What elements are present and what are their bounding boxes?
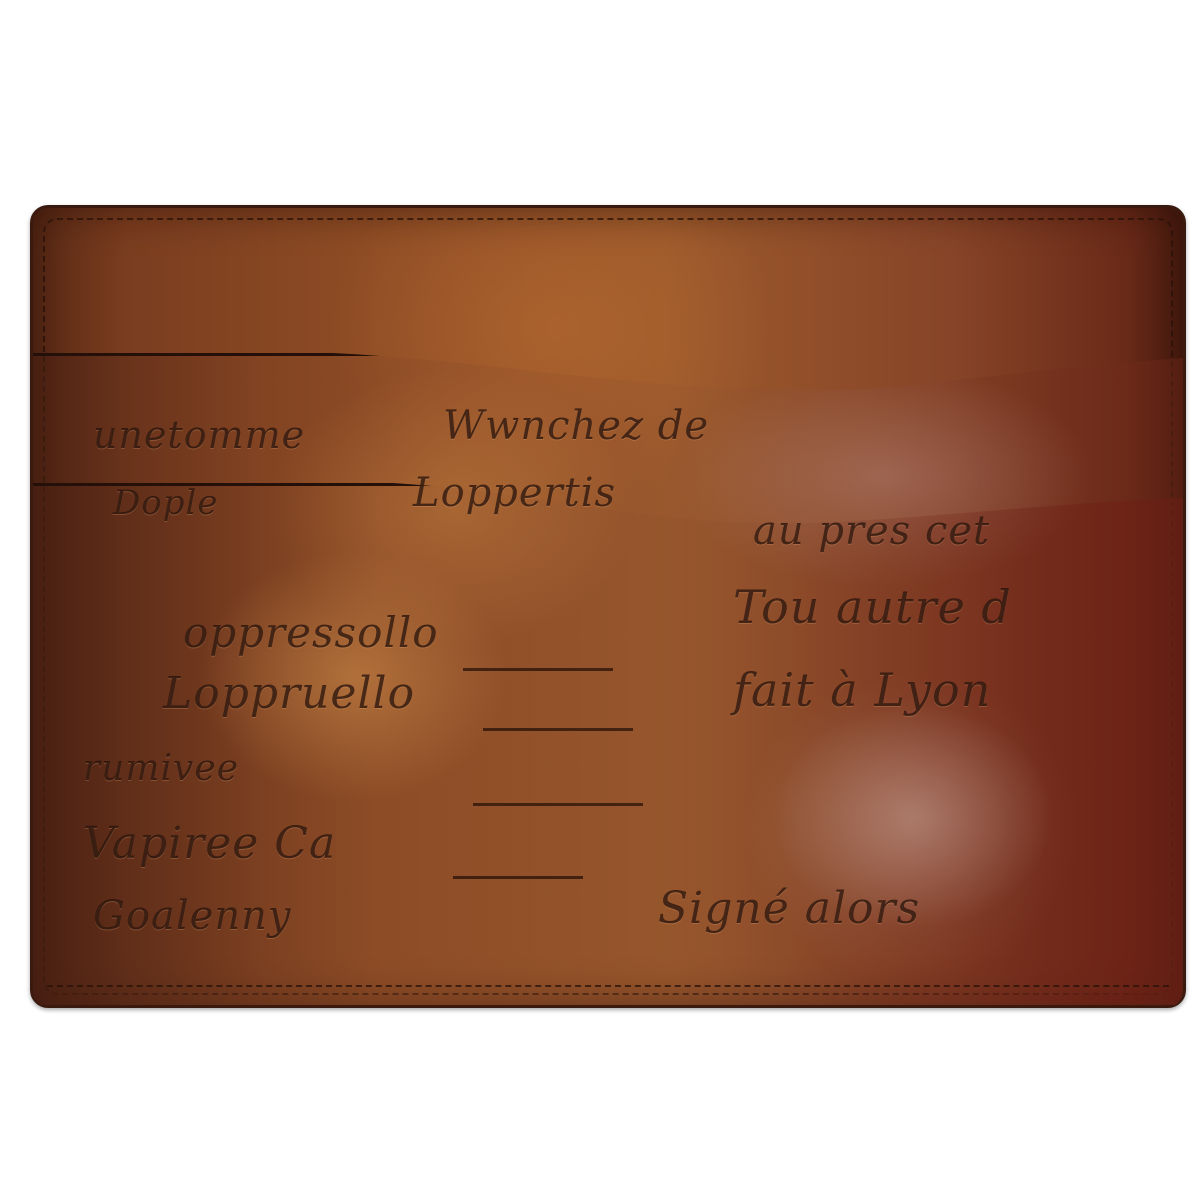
engraved-script: fait à Lyon	[733, 663, 991, 717]
engraved-script: Wwnchez de	[443, 403, 709, 449]
engraved-script: Vapiree Ca	[83, 818, 336, 869]
engraved-script: Loppertis	[413, 470, 616, 516]
bottom-stitching	[47, 985, 1169, 987]
engraved-script: Tou autre d	[733, 580, 1012, 634]
engraved-script: unetomme	[93, 413, 305, 457]
engraved-script: Dople	[113, 483, 219, 523]
engraved-script: au pres cet	[753, 508, 990, 554]
engraved-stroke	[483, 728, 633, 731]
engraved-script: Signé alors	[658, 883, 920, 934]
engraved-stroke	[453, 876, 583, 879]
engraved-script: rumivee	[83, 748, 239, 789]
card-holder: unetomme Wwnchez de Dople Loppertis au p…	[30, 205, 1186, 1008]
engraved-script: Goalenny	[93, 893, 291, 939]
engraved-script: oppressollo	[183, 608, 439, 657]
engraved-stroke	[463, 668, 613, 671]
engraved-script: Loppruello	[163, 668, 415, 719]
engraved-stroke	[473, 803, 643, 806]
